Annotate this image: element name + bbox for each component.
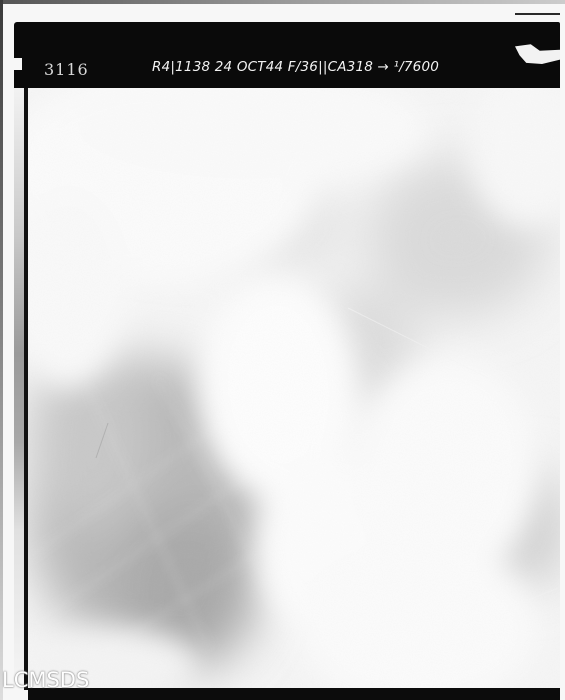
frame-number: 3116 [44, 60, 89, 79]
photographic-print: 3116 R4|1138 24 OCT44 F/36||CA318 → ¹/76… [0, 0, 565, 700]
print-top-edge [0, 0, 565, 4]
frame-bottom-border [28, 688, 560, 700]
edge-mark [515, 13, 560, 15]
strip-notch [14, 58, 22, 70]
data-strip [14, 22, 560, 88]
aerial-scene [28, 88, 560, 690]
watermark: LCMSDS [2, 668, 89, 692]
print-left-edge [0, 0, 3, 700]
sortie-annotation: R4|1138 24 OCT44 F/36||CA318 → ¹/7600 [152, 59, 439, 75]
aerial-photo [28, 88, 560, 690]
adjacent-frame-edge [14, 88, 24, 678]
